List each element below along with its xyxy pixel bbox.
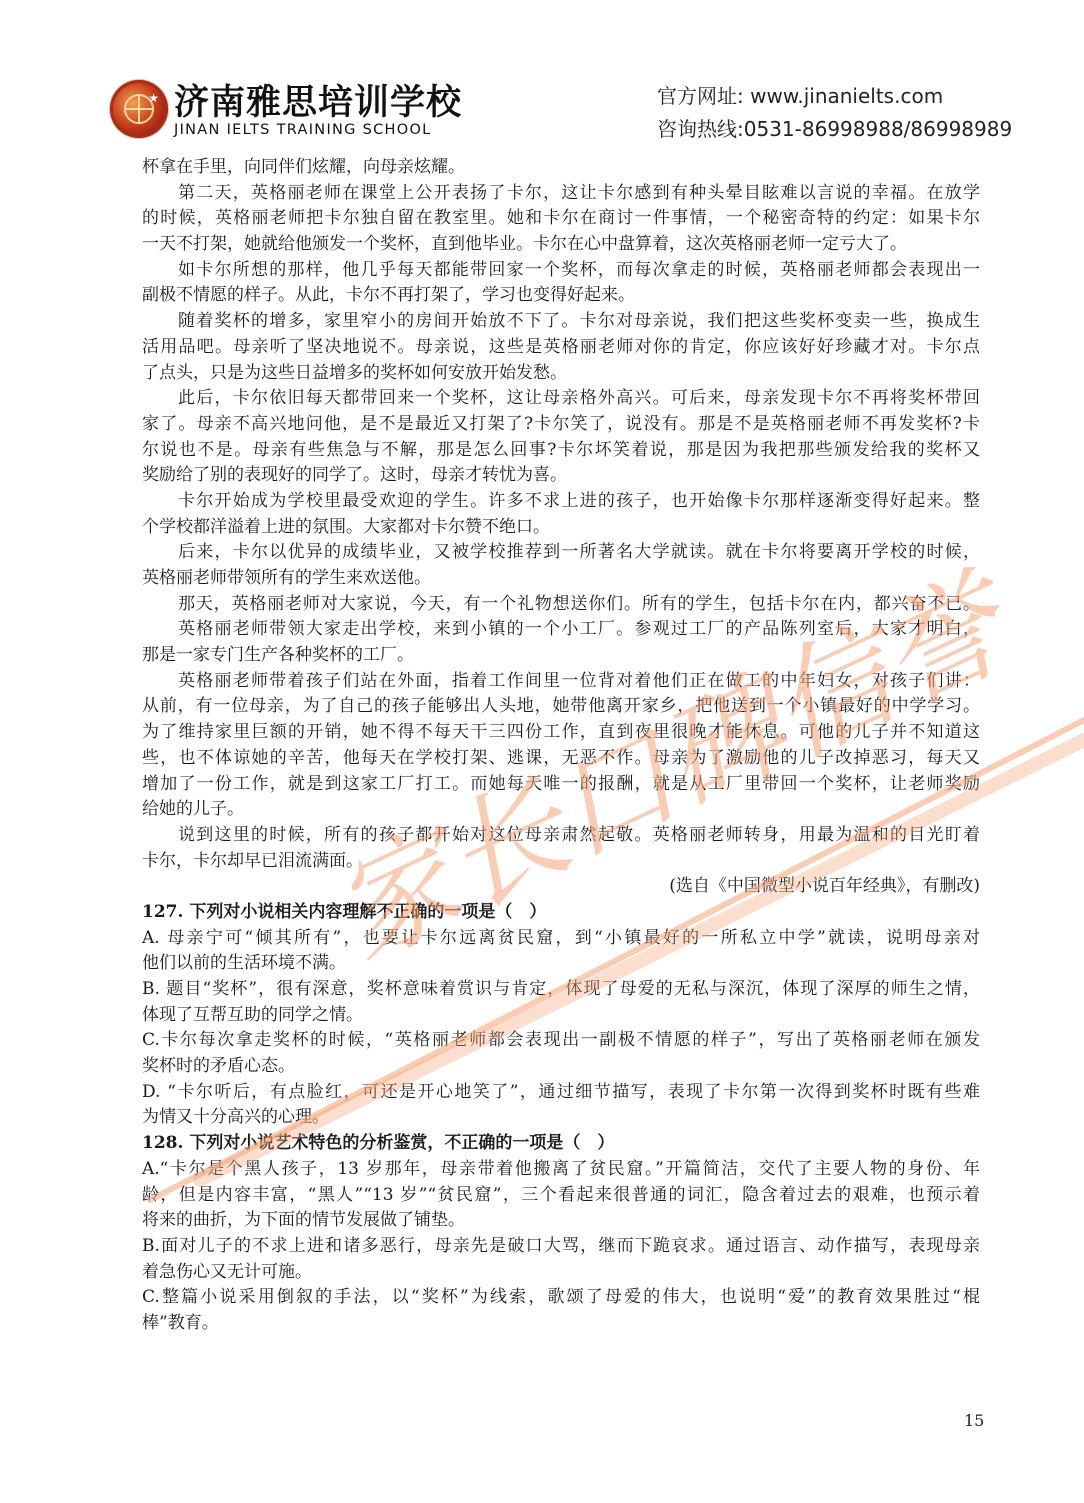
star-icon: ★ (148, 92, 159, 104)
text-line: 那是一家专门生产各种奖杯的工厂。 (142, 643, 980, 669)
text-line: 的时候，英格丽老师把卡尔独自留在教室里。她和卡尔在商讨一件事情，一个秘密奇特的约… (142, 206, 980, 232)
text-line: C.整篇小说采用倒叙的手法，以“奖杯”为线索，歌颂了母爱的伟大，也说明“爱”的教… (142, 1285, 980, 1311)
text-line: 从前，有一位母亲，为了自己的孩子能够出人头地，她带他离开家乡，把他送到一个小镇最… (142, 694, 980, 720)
website-link[interactable]: www.jinanielts.com (750, 84, 943, 108)
text-line: 活用品吧。母亲听了坚决地说不。母亲说，这些是英格丽老师对你的肯定，你应该好好珍藏… (142, 335, 980, 361)
text-line: B. 题目“奖杯”，很有深意，奖杯意味着赏识与肯定，体现了母爱的无私与深沉，体现… (142, 977, 980, 1003)
text-line: 为情又十分高兴的心理。 (142, 1105, 980, 1131)
text-line: 此后，卡尔依旧每天都带回来一个奖杯，这让母亲格外高兴。可后来，母亲发现卡尔不再将… (142, 386, 980, 412)
text-line: 给她的儿子。 (142, 797, 980, 823)
text-line: 英格丽老师带领大家走出学校，来到小镇的一个小工厂。参观过工厂的产品陈列室后，大家… (142, 617, 980, 643)
website-label: 官方网址: (657, 84, 744, 108)
school-logo-icon: ★ (110, 80, 168, 138)
text-line: 如卡尔所想的那样，他几乎每天都能带回家一个奖杯，而每次拿走的时候，英格丽老师都会… (142, 258, 980, 284)
text-line: 家了。母亲不高兴地问他，是不是最近又打架了?卡尔笑了，说没有。那是不是英格丽老师… (142, 412, 980, 438)
text-line: 卡尔开始成为学校里最受欢迎的学生。许多不求上进的孩子，也开始像卡尔那样逐渐变得好… (142, 489, 980, 515)
text-line: A.“卡尔是个黑人孩子，13 岁那年，母亲带着他搬离了贫民窟。”开篇简洁，交代了… (142, 1157, 980, 1183)
text-line: 棒”教育。 (142, 1311, 980, 1337)
text-line: 将来的曲折，为下面的情节发展做了铺垫。 (142, 1208, 980, 1234)
text-line: 那天，英格丽老师对大家说，今天，有一个礼物想送你们。所有的学生，包括卡尔在内，都… (142, 592, 980, 618)
school-name-en: JINAN IELTS TRAINING SCHOOL (174, 122, 432, 138)
page-header: ★ 济南雅思培训学校 JINAN IELTS TRAINING SCHOOL 官… (0, 0, 1084, 150)
school-name-cn: 济南雅思培训学校 (174, 83, 462, 123)
text-line: 尔说也不是。母亲有些焦急与不解，那是怎么回事?卡尔坏笑着说，那是因为我把那些颁发… (142, 438, 980, 464)
text-line: 说到这里的时候，所有的孩子都开始对这位母亲肃然起敬。英格丽老师转身，用最为温和的… (142, 823, 980, 849)
text-line: (选自《中国微型小说百年经典》，有删改) (142, 874, 980, 900)
website-line: 官方网址: www.jinanielts.com (657, 84, 943, 108)
text-line: D. “卡尔听后，有点脸红，可还是开心地笑了”，通过细节描写，表现了卡尔第一次得… (142, 1080, 980, 1106)
text-line: 杯拿在手里，向同伴们炫耀，向母亲炫耀。 (142, 155, 980, 181)
text-line: 英格丽老师带领所有的学生来欢送他。 (142, 566, 980, 592)
text-line: 副极不情愿的样子。从此，卡尔不再打架了，学习也变得好起来。 (142, 283, 980, 309)
text-line: A. 母亲宁可“倾其所有”，也要让卡尔远离贫民窟，到“小镇最好的一所私立中学”就… (142, 926, 980, 952)
document-body: 杯拿在手里，向同伴们炫耀，向母亲炫耀。第二天，英格丽老师在课堂上公开表扬了卡尔，… (142, 155, 980, 1337)
text-line: B.面对儿子的不求上进和诸多恶行，母亲先是破口大骂，继而下跪哀求。通过语言、动作… (142, 1234, 980, 1260)
text-line: 随着奖杯的增多，家里窄小的房间开始放不下了。卡尔对母亲说，我们把这些奖杯变卖一些… (142, 309, 980, 335)
text-line: 个学校都洋溢着上进的氛围。大家都对卡尔赞不绝口。 (142, 515, 980, 541)
text-line: 些，也不体谅她的辛苦，他每天在学校打架、逃课，无恶不作。母亲为了激励他的儿子改掉… (142, 746, 980, 772)
text-line: 龄，但是内容丰富，“黑人”“13 岁”“贫民窟”，三个看起来很普通的词汇，隐含着… (142, 1183, 980, 1209)
text-line: 一天不打架，她就给他颁发一个奖杯，直到他毕业。卡尔在心中盘算着，这次英格丽老师一… (142, 232, 980, 258)
text-line: 后来，卡尔以优异的成绩毕业，又被学校推荐到一所著名大学就读。就在卡尔将要离开学校… (142, 540, 980, 566)
text-line: 英格丽老师带着孩子们站在外面，指着工作间里一位背对着他们正在做工的中年妇女，对孩… (142, 669, 980, 695)
text-line: C.卡尔每次拿走奖杯的时候，“英格丽老师都会表现出一副极不情愿的样子”，写出了英… (142, 1028, 980, 1054)
text-line: 奖杯时的矛盾心态。 (142, 1054, 980, 1080)
text-line: 他们以前的生活环境不满。 (142, 951, 980, 977)
hotline-number: 0531-86998988/86998989 (744, 117, 1012, 141)
hotline-label: 咨询热线: (657, 117, 744, 141)
text-line: 为了维持家里巨额的开销，她不得不每天干三四份工作，直到夜里很晚才能休息。可他的儿… (142, 720, 980, 746)
text-line: 体现了互帮互助的同学之情。 (142, 1003, 980, 1029)
text-line: 卡尔，卡尔却早已泪流满面。 (142, 849, 980, 875)
text-line: 奖励给了别的表现好的同学了。这时，母亲才转忧为喜。 (142, 463, 980, 489)
page-number: 15 (964, 1411, 984, 1430)
text-line: 着急伤心又无计可施。 (142, 1260, 980, 1286)
question-heading: 127. 下列对小说相关内容理解不正确的一项是（ ） (142, 900, 980, 926)
text-line: 增加了一份工作，就是到这家工厂打工。而她每天唯一的报酬，就是从工厂里带回一个奖杯… (142, 772, 980, 798)
hotline-line: 咨询热线:0531-86998988/86998989 (657, 117, 1012, 141)
question-heading: 128. 下列对小说艺术特色的分析鉴赏，不正确的一项是（ ） (142, 1131, 980, 1157)
text-line: 第二天，英格丽老师在课堂上公开表扬了卡尔，这让卡尔感到有种头晕目眩难以言说的幸福… (142, 181, 980, 207)
text-line: 了点头，只是为这些日益增多的奖杯如何安放开始发愁。 (142, 361, 980, 387)
